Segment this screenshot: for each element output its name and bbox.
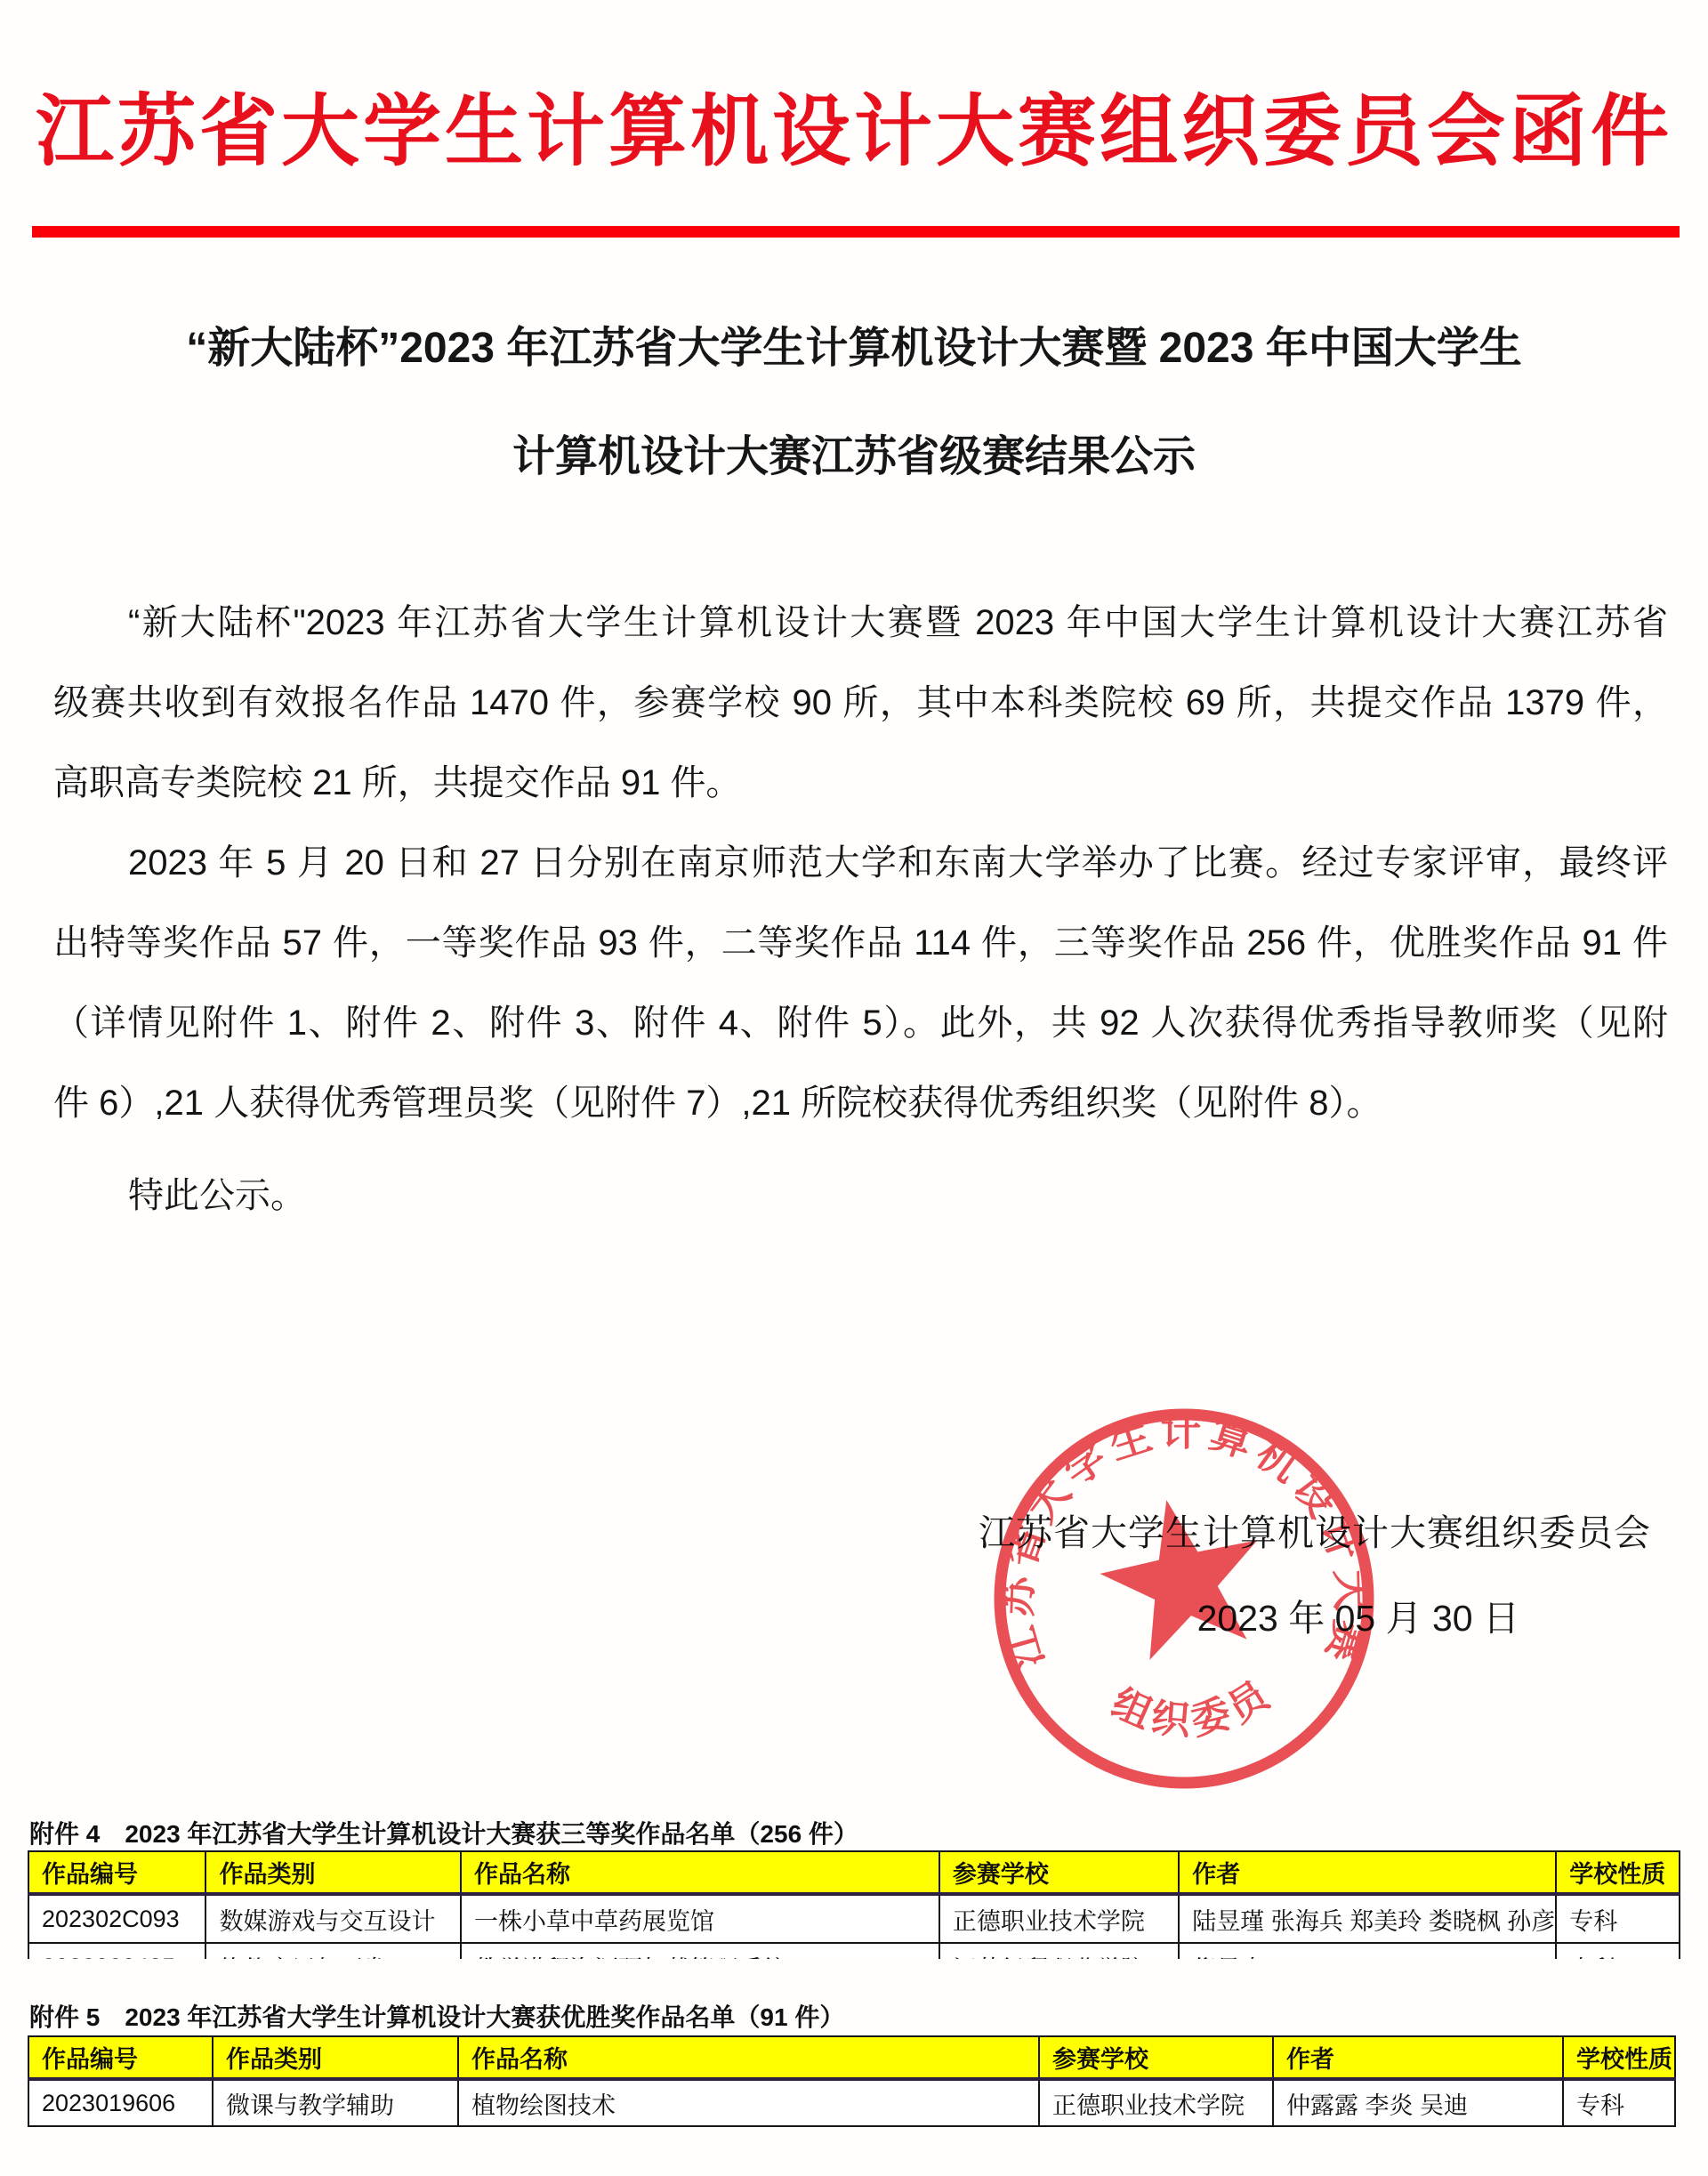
col-header-school-type: 学校性质	[1563, 2036, 1675, 2079]
col-header-school: 参赛学校	[939, 1851, 1179, 1894]
document-page: 江苏省大学生计算机设计大赛组织委员会函件 “新大陆杯”2023 年江苏省大学生计…	[0, 0, 1708, 2176]
attachment5-table: 作品编号 作品类别 作品名称 参赛学校 作者 学校性质 2023019606 微…	[28, 2035, 1676, 2127]
col-header-authors: 作者	[1179, 1851, 1556, 1894]
cell-category: 数媒游戏与交互设计	[205, 1894, 461, 1943]
body-line: （详情见附件 1、附件 2、附件 3、附件 4、附件 5）。此外，共 92 人次…	[53, 983, 1668, 1063]
table-row: 202302C093 数媒游戏与交互设计 一株小草中草药展览馆 正德职业技术学院…	[28, 1894, 1680, 1943]
letterhead-title: 江苏省大学生计算机设计大赛组织委员会函件	[0, 69, 1708, 181]
announcement-body: “新大陆杯"2023 年江苏省大学生计算机设计大赛暨 2023 年中国大学生计算…	[53, 583, 1668, 1236]
cell-authors: 陆昱瑾 张海兵 郑美玲 娄晓枫 孙彦	[1179, 1894, 1556, 1943]
attachment5-table-wrapper: 作品编号 作品类别 作品名称 参赛学校 作者 学校性质 2023019606 微…	[28, 2035, 1677, 2128]
body-line: 级赛共收到有效报名作品 1470 件，参赛学校 90 所，其中本科类院校 69 …	[53, 663, 1668, 743]
col-header-work-title: 作品名称	[461, 1851, 939, 1894]
col-header-work-id: 作品编号	[28, 2036, 213, 2079]
col-header-work-title: 作品名称	[458, 2036, 1039, 2079]
attachment4-caption: 附件 4 2023 年江苏省大学生计算机设计大赛获三等奖作品名单（256 件）	[29, 1815, 858, 1850]
cell-school: 江苏经贸职业学院	[939, 1943, 1179, 1959]
body-line: 出特等奖作品 57 件，一等奖作品 93 件，二等奖作品 114 件，三等奖作品…	[53, 903, 1668, 983]
cell-authors: 倪晨杰	[1179, 1943, 1556, 1959]
body-closing-line: 特此公示。	[53, 1156, 1668, 1236]
table-header-row: 作品编号 作品类别 作品名称 参赛学校 作者 学校性质	[28, 2036, 1675, 2079]
table-row-clipped: 2023020405 软件应用与开发 教学进程资源预加载管理系统 江苏经贸职业学…	[28, 1943, 1680, 1959]
table-row: 2023019606 微课与教学辅助 植物绘图技术 正德职业技术学院 仲露露 李…	[28, 2079, 1675, 2126]
body-line: 件 6）,21 人获得优秀管理员奖（见附件 7）,21 所院校获得优秀组织奖（见…	[53, 1063, 1668, 1143]
announcement-title-line2: 计算机设计大赛江苏省级赛结果公示	[0, 422, 1708, 483]
body-line: 2023 年 5 月 20 日和 27 日分别在南京师范大学和东南大学举办了比赛…	[53, 823, 1668, 903]
cell-work-title: 一株小草中草药展览馆	[461, 1894, 939, 1943]
cell-school: 正德职业技术学院	[1039, 2079, 1273, 2126]
col-header-category: 作品类别	[213, 2036, 458, 2079]
body-line: 高职高专类院校 21 所，共提交作品 91 件。	[53, 743, 1668, 823]
cell-authors: 仲露露 李炎 吴迪	[1273, 2079, 1563, 2126]
col-header-authors: 作者	[1273, 2036, 1563, 2079]
col-header-category: 作品类别	[205, 1851, 461, 1894]
cell-work-title: 植物绘图技术	[458, 2079, 1039, 2126]
cell-work-title: 教学进程资源预加载管理系统	[461, 1943, 939, 1959]
cell-school-type: 专科	[1556, 1894, 1680, 1943]
cell-school: 正德职业技术学院	[939, 1894, 1179, 1943]
attachment5-caption: 附件 5 2023 年江苏省大学生计算机设计大赛获优胜奖作品名单（91 件）	[29, 1998, 844, 2034]
letterhead-divider	[32, 226, 1680, 238]
col-header-school: 参赛学校	[1039, 2036, 1273, 2079]
announcement-title-line1: “新大陆杯”2023 年江苏省大学生计算机设计大赛暨 2023 年中国大学生	[0, 313, 1708, 375]
cell-work-id: 2023019606	[28, 2079, 213, 2126]
body-line: “新大陆杯"2023 年江苏省大学生计算机设计大赛暨 2023 年中国大学生计算…	[53, 583, 1668, 663]
attachment4-table-wrapper: 作品编号 作品类别 作品名称 参赛学校 作者 学校性质 202302C093 数…	[28, 1850, 1680, 1959]
cell-category: 微课与教学辅助	[213, 2079, 458, 2126]
signature-committee: 江苏省大学生计算机设计大赛组织委员会	[979, 1503, 1651, 1556]
seal-bottom-text: 组织委员会	[984, 1398, 1281, 1744]
col-header-school-type: 学校性质	[1556, 1851, 1680, 1894]
cell-work-id: 202302C093	[28, 1894, 205, 1943]
table-header-row: 作品编号 作品类别 作品名称 参赛学校 作者 学校性质	[28, 1851, 1680, 1894]
cell-category: 软件应用与开发	[205, 1943, 461, 1959]
attachment4-table: 作品编号 作品类别 作品名称 参赛学校 作者 学校性质 202302C093 数…	[28, 1850, 1680, 1959]
signature-date: 2023 年 05 月 30 日	[1197, 1589, 1519, 1641]
col-header-work-id: 作品编号	[28, 1851, 205, 1894]
cell-school-type: 专科	[1563, 2079, 1675, 2126]
cell-work-id: 2023020405	[28, 1943, 205, 1959]
cell-school-type: 专科	[1556, 1943, 1680, 1959]
